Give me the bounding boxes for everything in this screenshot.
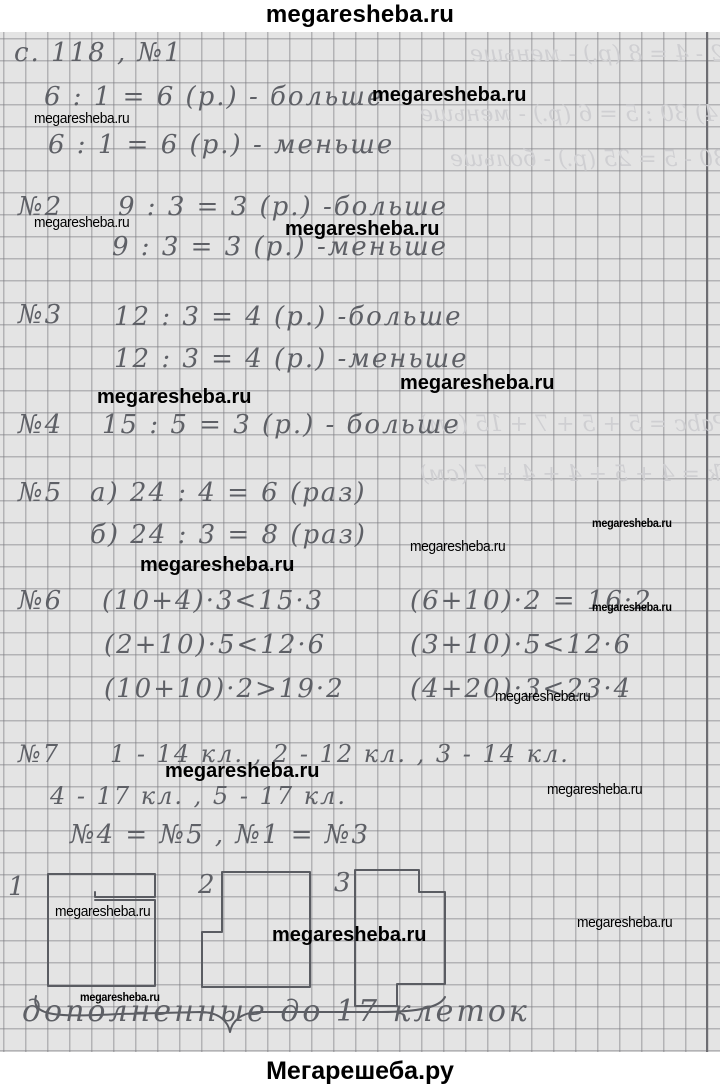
figure-drawings bbox=[0, 32, 720, 1052]
watermark: megaresheba.ru bbox=[97, 386, 252, 409]
watermark: megaresheba.ru bbox=[34, 110, 129, 127]
watermark: megaresheba.ru bbox=[285, 218, 440, 241]
watermark: megaresheba.ru bbox=[140, 554, 295, 577]
figure-1-shape bbox=[48, 874, 155, 972]
watermark: megaresheba.ru bbox=[55, 903, 150, 920]
watermark: megaresheba.ru bbox=[34, 214, 129, 231]
site-header-title[interactable]: megaresheba.ru bbox=[0, 0, 720, 32]
watermark: megaresheba.ru bbox=[495, 688, 590, 705]
watermark: megaresheba.ru bbox=[165, 760, 320, 783]
notebook-page: 3) 12 - 4 = 8 (р.) - меньше №3 4) 30 : 5… bbox=[0, 32, 720, 1052]
watermark: megaresheba.ru bbox=[592, 516, 672, 530]
watermark: megaresheba.ru bbox=[577, 914, 672, 931]
watermark: megaresheba.ru bbox=[272, 924, 427, 947]
watermark: megaresheba.ru bbox=[592, 600, 672, 614]
watermark: megaresheba.ru bbox=[372, 84, 527, 107]
watermark: megaresheba.ru bbox=[410, 538, 505, 555]
watermark: megaresheba.ru bbox=[547, 781, 642, 798]
watermark: megaresheba.ru bbox=[80, 990, 160, 1004]
site-footer-title[interactable]: Мегарешеба.ру bbox=[0, 1052, 720, 1086]
watermark: megaresheba.ru bbox=[400, 372, 555, 395]
